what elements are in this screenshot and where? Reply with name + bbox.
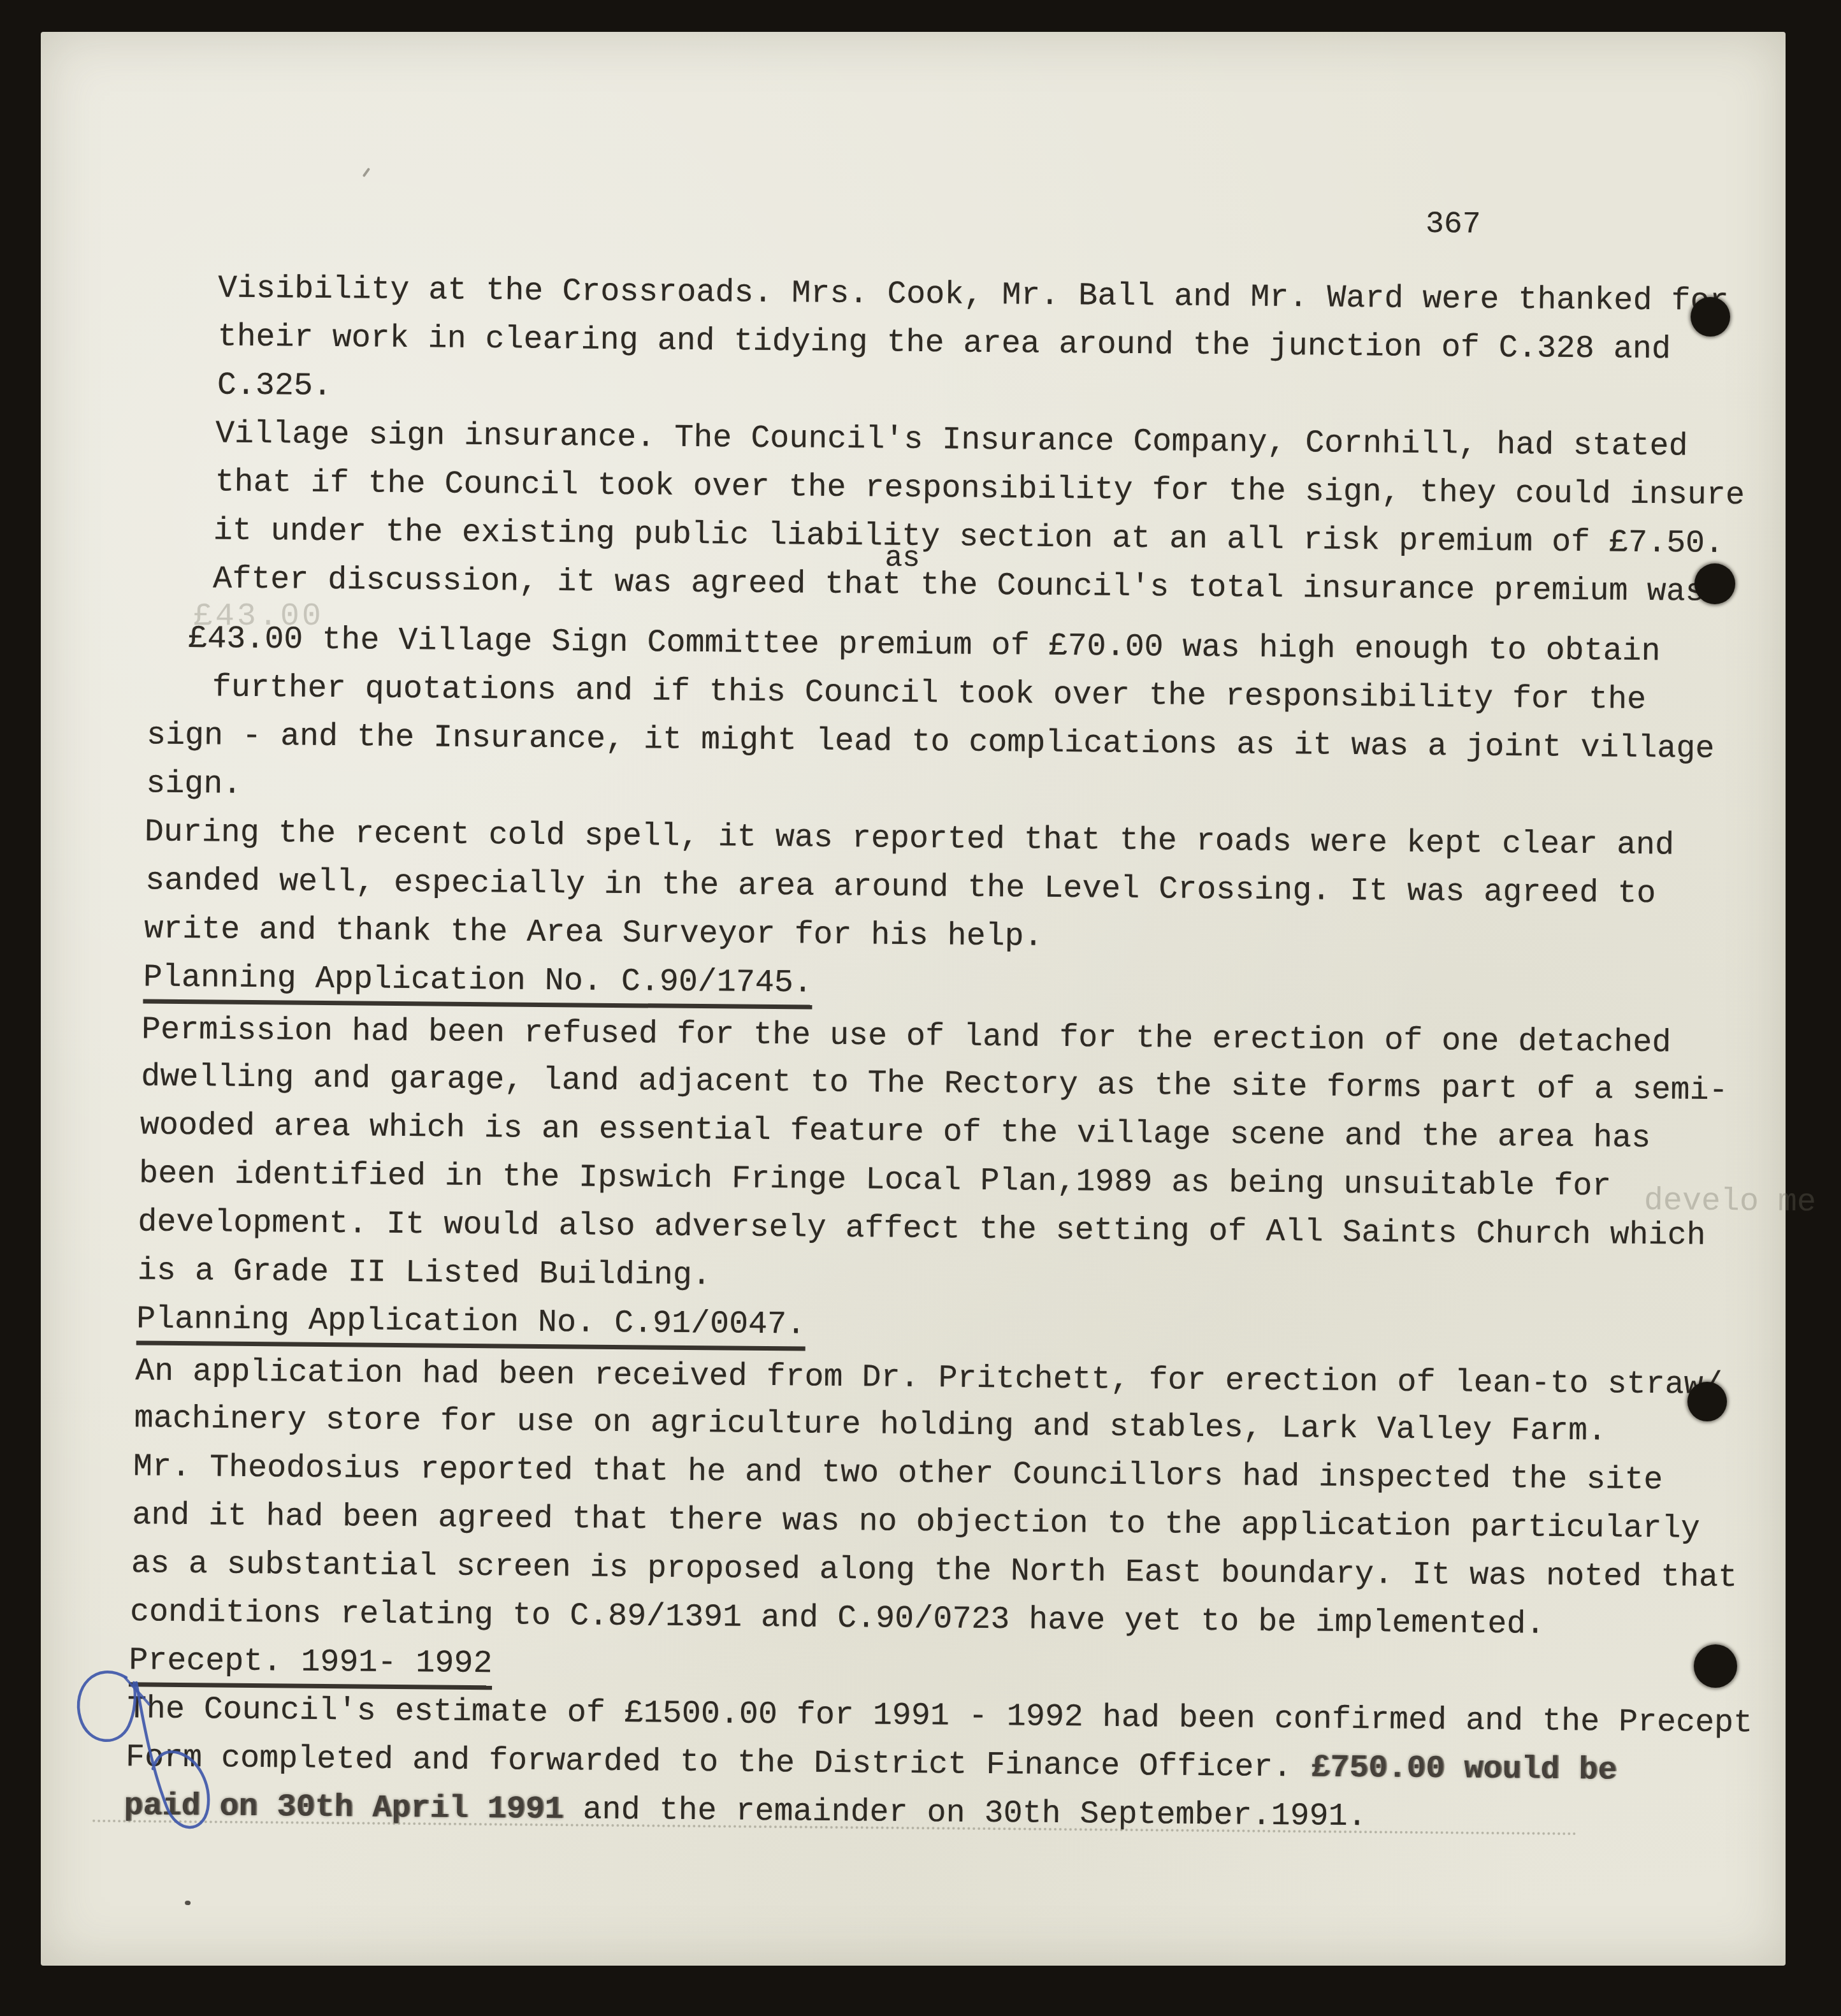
typed-line: further quotations and if this Council t…	[212, 670, 1646, 718]
typed-text: and it had been agreed that there was no…	[132, 1497, 1700, 1547]
typed-text: Planning Application No. C.90/1745.	[143, 959, 813, 1001]
typed-text: Mr. Theodosius reported that he and two …	[133, 1449, 1663, 1498]
section-heading: Planning Application No. C.91/0047.	[136, 1302, 806, 1351]
typed-text: conditions relating to C.89/1391 and C.9…	[130, 1594, 1545, 1643]
superscript-insertion: as	[884, 542, 920, 575]
typed-line: sanded well, especially in the area arou…	[145, 863, 1656, 912]
typed-text: Form completed and forwarded to the Dist…	[126, 1739, 1311, 1786]
typed-text: as a substantial screen is proposed alon…	[131, 1546, 1737, 1596]
ink-speck	[185, 1901, 191, 1905]
typed-line: conditions relating to C.89/1391 and C.9…	[130, 1595, 1545, 1643]
typed-text: During the recent cold spell, it was rep…	[145, 814, 1675, 864]
typed-line: is a Grade II Listed Building.	[138, 1253, 712, 1294]
typed-line: paid on 30th April 1991 and the remainde…	[124, 1788, 1367, 1835]
typed-line: it under the existing public liability s…	[213, 513, 1724, 562]
section-heading: Precept. 1991- 1992	[129, 1643, 493, 1690]
typed-text: that if the Council took over the respon…	[215, 464, 1745, 514]
typed-line: development. It would also adversely aff…	[138, 1205, 1706, 1254]
hole-punch	[1687, 1382, 1727, 1421]
typed-text: sign.	[146, 765, 242, 802]
typed-text: further quotations and if this Council t…	[212, 669, 1646, 718]
typed-line: wooded area which is an essential featur…	[140, 1108, 1650, 1157]
ink-speck	[363, 168, 371, 177]
typed-line: their work in clearing and tidying the a…	[217, 319, 1671, 368]
typed-text: C.325.	[217, 367, 333, 405]
typed-line: Permission had been refused for the use …	[141, 1012, 1671, 1061]
typed-text: their work in clearing and tidying the a…	[217, 319, 1671, 368]
typed-line: write and thank the Area Surveyor for hi…	[144, 911, 1043, 955]
typed-text: sanded well, especially in the area arou…	[145, 862, 1656, 912]
typed-text: Village sign insurance. The Council's In…	[215, 416, 1688, 465]
typed-line: that if the Council took over the respon…	[215, 465, 1745, 514]
typed-line: sign - and the Insurance, it might lead …	[147, 718, 1715, 767]
typed-line: been identified in the Ipswich Fringe Lo…	[139, 1156, 1612, 1205]
typed-line: Mr. Theodosius reported that he and two …	[133, 1449, 1663, 1498]
typed-line: dwelling and garage, land adjacent to Th…	[141, 1059, 1728, 1109]
typed-text: it under the existing public liability s…	[213, 512, 1724, 562]
typed-text: is a Grade II Listed Building.	[138, 1252, 712, 1294]
page-number: 367	[1426, 207, 1481, 242]
typed-line: Form completed and forwarded to the Dist…	[126, 1740, 1617, 1788]
typed-text: development. It would also adversely aff…	[138, 1204, 1706, 1254]
typed-text: dwelling and garage, land adjacent to Th…	[141, 1059, 1728, 1109]
paper-sheet: 367 Visibility at the Crossroads. Mrs. C…	[41, 32, 1786, 1966]
typed-line: as a substantial screen is proposed alon…	[131, 1546, 1737, 1596]
typed-text: wooded area which is an essential featur…	[140, 1107, 1650, 1157]
faded-overtyped-amount: £43.00	[194, 598, 324, 635]
typed-line: An application had been received from Dr…	[135, 1354, 1722, 1403]
section-heading: Planning Application No. C.90/1745.	[143, 960, 812, 1009]
typed-line: Visibility at the Crossroads. Mrs. Cook,…	[218, 271, 1729, 320]
typed-line: During the recent cold spell, it was rep…	[145, 815, 1675, 864]
typed-text: Visibility at the Crossroads. Mrs. Cook,…	[218, 270, 1729, 320]
typed-line: C.325.	[217, 368, 333, 405]
typed-text-layer: 367 Visibility at the Crossroads. Mrs. C…	[32, 24, 1794, 1973]
typed-text: machinery store for use on agriculture h…	[134, 1400, 1606, 1449]
typed-line: and it had been agreed that there was no…	[132, 1498, 1700, 1547]
typed-line: £43.00 the Village Sign Committee premiu…	[188, 621, 1661, 670]
typed-line: The Council's estimate of £1500.00 for 1…	[127, 1692, 1753, 1741]
typed-text: After discussion, it was agreed that the…	[213, 561, 1705, 610]
hole-punch	[1694, 563, 1735, 604]
typed-text: sign - and the Insurance, it might lead …	[147, 717, 1715, 767]
typed-text: write and thank the Area Surveyor for hi…	[144, 911, 1043, 955]
typed-text: An application had been received from Dr…	[135, 1353, 1722, 1403]
typed-text: Planning Application No. C.91/0047.	[136, 1301, 806, 1343]
hole-punch	[1694, 1644, 1737, 1688]
typed-text: The Council's estimate of £1500.00 for 1…	[127, 1691, 1753, 1741]
typed-line: Village sign insurance. The Council's In…	[215, 416, 1688, 465]
typed-text: £43.00 the Village Sign Committee premiu…	[188, 621, 1661, 670]
typed-line: After discussion, it was agreed that the…	[213, 562, 1705, 610]
scanned-document-page: { "page": { "number": "367" }, "colors":…	[0, 0, 1841, 2016]
typed-line: machinery store for use on agriculture h…	[134, 1401, 1606, 1449]
hole-punch	[1691, 297, 1730, 337]
typed-text: Precept. 1991- 1992	[129, 1643, 493, 1682]
typed-text: been identified in the Ipswich Fringe Lo…	[139, 1156, 1612, 1205]
faded-margin-ghost-text: develo me	[1644, 1183, 1817, 1221]
typed-text: Permission had been refused for the use …	[141, 1012, 1671, 1061]
typed-line: sign.	[146, 766, 242, 802]
overstruck-text: £750.00 would be	[1311, 1750, 1617, 1788]
